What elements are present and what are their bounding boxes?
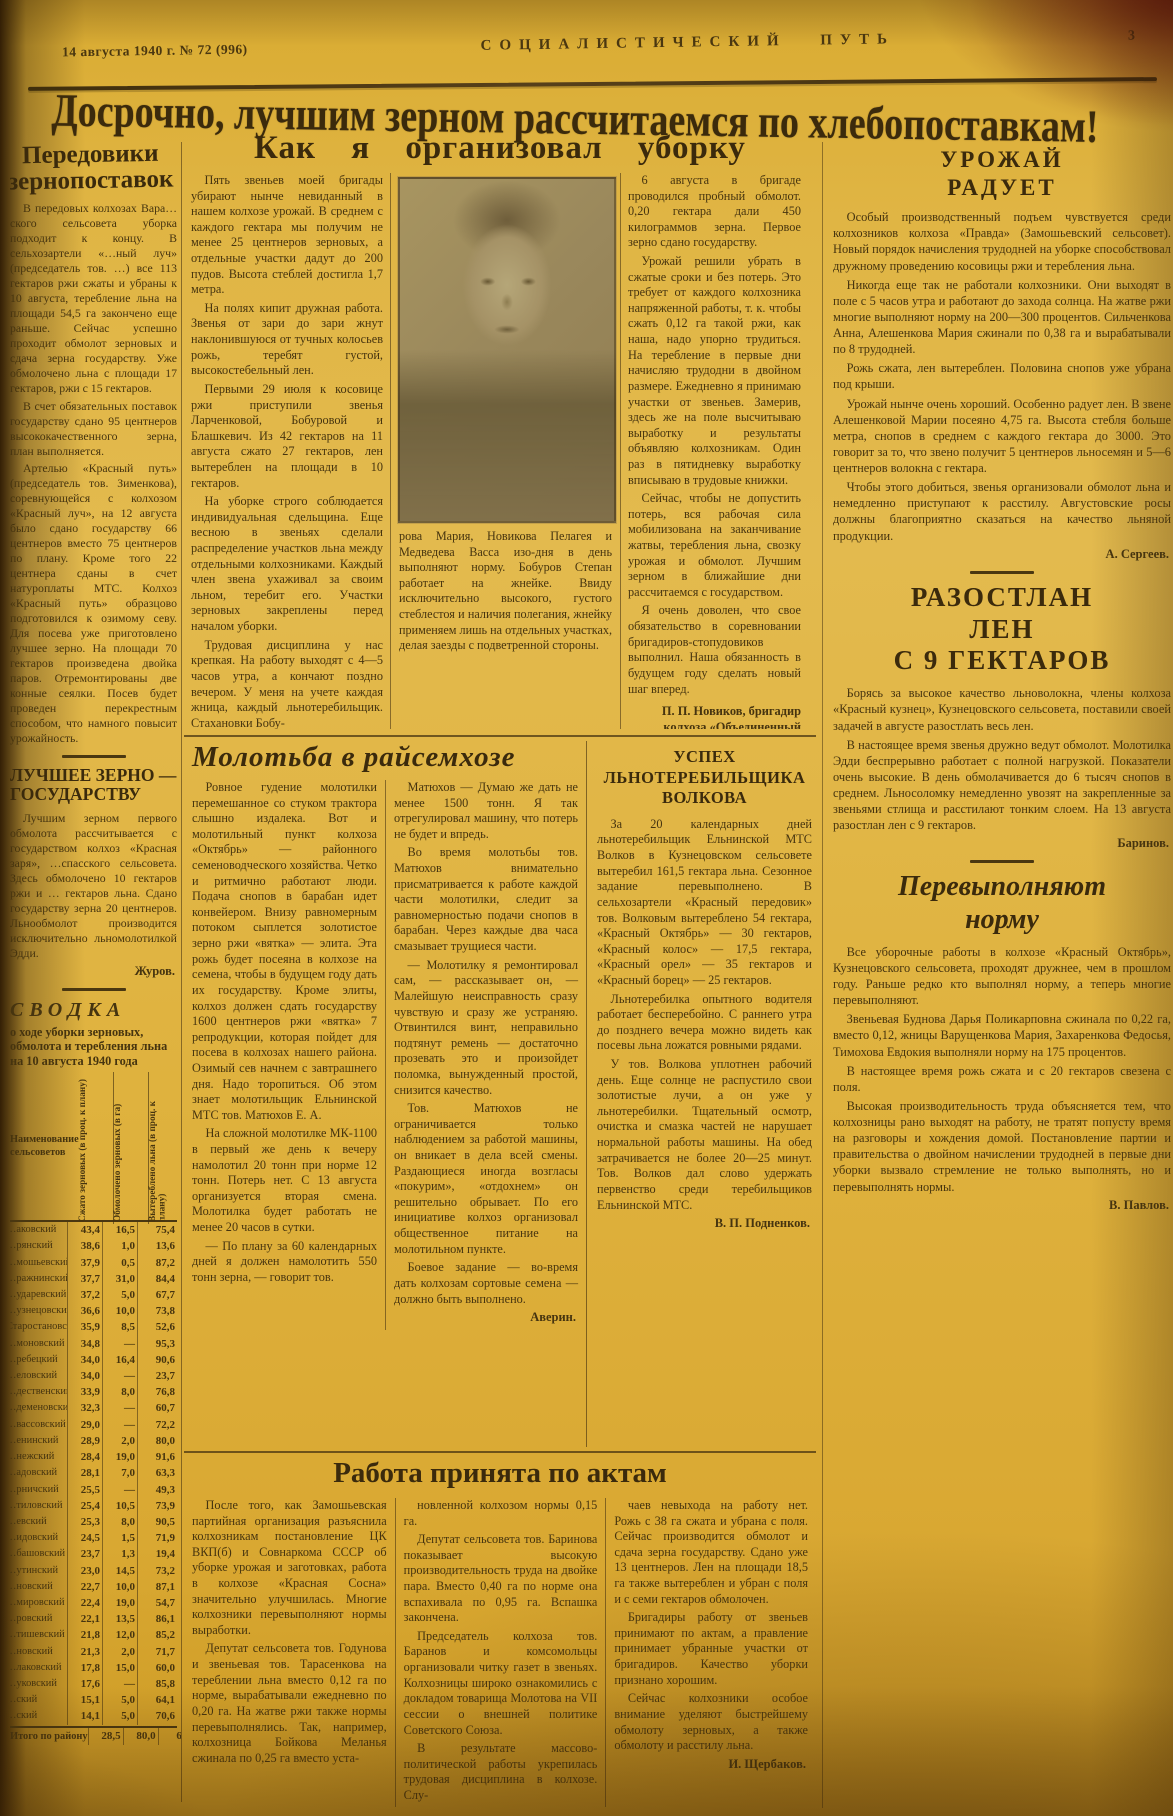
vyterebleno-value: 67,7 (137, 1287, 177, 1303)
uspekh-title-line2: ЛЬНОТЕРЕБИЛЬЩИКА (604, 768, 806, 787)
szhato-value: 34,0 (67, 1368, 102, 1384)
paragraph: Трудовая дисциплина у нас крепкая. На ра… (191, 638, 383, 729)
kak-ya-signature: П. П. Новиков, бригадир колхоза «Объедин… (628, 703, 801, 729)
vyterebleno-value: 91,6 (137, 1449, 177, 1465)
vyterebleno-value: 72,2 (137, 1417, 177, 1433)
luchshee-body: Лучшим зерном первого обмолота рассчитыв… (10, 811, 177, 961)
vyterebleno-value: 19,4 (137, 1546, 177, 1562)
table-row: …ребецкий 34,0 16,4 90,6 (10, 1352, 177, 1368)
selsoviet-name: …ский (10, 1692, 67, 1708)
szhato-value: 34,0 (67, 1352, 102, 1368)
table-row: …тиловский 25,4 10,5 73,9 (10, 1498, 177, 1514)
uspekh-title-line3: ВОЛКОВА (662, 788, 747, 807)
kak-ya-title: Как я организовал уборку (184, 130, 816, 167)
svodka-total-row: Итого по району 28,5 80,0 68,5 (10, 1726, 177, 1745)
obmolocheno-value: 7,0 (102, 1465, 137, 1481)
vyterebleno-value: 73,2 (137, 1563, 177, 1579)
paragraph: Бригадиры работу от звеньев принимают по… (614, 1610, 808, 1688)
obmolocheno-value: 14,5 (102, 1563, 137, 1579)
szhato-value: 21,3 (67, 1644, 102, 1660)
selsoviet-name: …новский (10, 1579, 67, 1595)
vyterebleno-value: 71,7 (137, 1644, 177, 1660)
razostlan-body: Борясь за высокое качество льноволокна, … (833, 685, 1171, 833)
selsoviet-name: …вассовский (10, 1417, 67, 1433)
szhato-value: 17,8 (67, 1660, 102, 1676)
razostlan-title-line2: ЛЕН (969, 614, 1034, 644)
uspekh-title-line1: УСПЕХ (673, 747, 735, 766)
perevypolnyayut-title-line2: норму (965, 904, 1039, 935)
vyterebleno-value: 90,6 (137, 1352, 177, 1368)
paragraph: Сейчас, чтобы не допустить потерь, вся р… (628, 491, 801, 600)
paragraph: — Молотилку я ремонтировал сам, — расска… (394, 958, 578, 1098)
selsoviet-name: …рничский (10, 1482, 67, 1498)
szhato-value: 22,1 (67, 1611, 102, 1627)
paragraph: Все уборочные работы в колхозе «Красный … (833, 944, 1171, 1009)
vyterebleno-value: 76,8 (137, 1384, 177, 1400)
selsoviet-name: …уковский (10, 1676, 67, 1692)
vyterebleno-value: 80,0 (137, 1433, 177, 1449)
obmolocheno-value: 19,0 (102, 1449, 137, 1465)
vyterebleno-value: 87,1 (137, 1579, 177, 1595)
perevypolnyayut-signature: В. Павлов. (833, 1198, 1169, 1213)
paragraph: В результате массово-политической работы… (404, 1741, 598, 1803)
obmolocheno-value: — (102, 1368, 137, 1384)
obmolocheno-value: 2,0 (102, 1433, 137, 1449)
szhato-value: 38,6 (67, 1238, 102, 1254)
svodka-table-rows: …аковский 43,4 16,5 75,4 …рянский 38,6 1… (10, 1222, 177, 1724)
perevypolnyayut-title-line1: Перевыполняют (898, 871, 1106, 902)
selsoviet-name: …идовский (10, 1530, 67, 1546)
total-obmolocheno: 80,0 (123, 1728, 158, 1745)
rabota-title: Работа принята по актам (184, 1457, 816, 1490)
article-urozhay-raduet: УРОЖАЙРАДУЕТ Особый производственный под… (833, 146, 1171, 562)
table-row: …аковский 43,4 16,5 75,4 (10, 1222, 177, 1238)
table-row: …уковский 17,6 — 85,8 (10, 1676, 177, 1692)
selsoviet-name: …узнецовский (10, 1303, 67, 1319)
svodka-subtitle-line2: обмолота и теребления льна (10, 1039, 167, 1053)
article-uspekh-volkova: УСПЕХЛЬНОТЕРЕБИЛЬЩИКАВОЛКОВА За 20 кален… (586, 741, 816, 1447)
selsoviet-name: …ровский (10, 1611, 67, 1627)
paragraph: чаев невыхода на работу нет. Рожь с 38 г… (614, 1498, 808, 1607)
obmolocheno-value: 5,0 (102, 1708, 137, 1724)
molotba-signature: Аверин. (394, 1310, 576, 1325)
szhato-value: 28,1 (67, 1465, 102, 1481)
vyterebleno-value: 87,2 (137, 1255, 177, 1271)
szhato-value: 22,7 (67, 1579, 102, 1595)
paragraph: Высокая производительность труда объясня… (833, 1098, 1171, 1195)
svodka-subtitle-line1: о ходе уборки зерновых, (10, 1025, 143, 1039)
obmolocheno-value: 1,3 (102, 1546, 137, 1562)
table-row: …деменовский 32,3 — 60,7 (10, 1400, 177, 1416)
szhato-value: 33,9 (67, 1384, 102, 1400)
vyterebleno-value: 63,3 (137, 1465, 177, 1481)
obmolocheno-value: — (102, 1336, 137, 1352)
uspekh-signature: В. П. Подненков. (597, 1216, 810, 1231)
obmolocheno-value: 5,0 (102, 1692, 137, 1708)
table-row: …вассовский 29,0 — 72,2 (10, 1417, 177, 1433)
paragraph: 6 августа в бригаде проводился пробный о… (628, 173, 801, 251)
obmolocheno-value: — (102, 1400, 137, 1416)
table-row: …ражнинский 37,7 31,0 84,4 (10, 1271, 177, 1287)
molotba-title: Молотьба в райсемхозе (184, 741, 586, 774)
svodka-table-header: Наименование сельсоветов Сжато зерновых … (10, 1072, 177, 1222)
peredoviki-body: В передовых колхозах Вара…ского сельсове… (10, 201, 177, 746)
paragraph: У тов. Волкова уплотнен рабочий день. Ещ… (597, 1057, 812, 1213)
perevypolnyayut-title: Перевыполняютнорму (833, 871, 1171, 935)
selsoviet-name: …аковский (10, 1222, 67, 1238)
table-row: …ский 14,1 5,0 70,6 (10, 1708, 177, 1724)
masthead: 14 августа 1940 г. № 72 (996) СОЦИАЛИСТИ… (62, 28, 1135, 62)
kak-ya-photo-column: рова Мария, Новикова Пелагея и Медведева… (390, 173, 620, 729)
paragraph: Рожь сжата, лен вытереблен. Половина сно… (833, 360, 1171, 392)
obmolocheno-value: 1,0 (102, 1238, 137, 1254)
paragraph: Сейчас колхозники особое внимание уделяю… (614, 1691, 808, 1753)
selsoviet-name: …ребецкий (10, 1352, 67, 1368)
razostlan-signature: Баринов. (833, 836, 1169, 851)
szhato-value: 37,2 (67, 1287, 102, 1303)
selsoviet-name: …ударевский (10, 1287, 67, 1303)
article-kak-ya-organizoval-uborku: Как я организовал уборку Пять звеньев мо… (184, 130, 816, 729)
svodka-report: СВОДКА о ходе уборки зерновых, обмолота … (10, 999, 177, 1745)
obmolocheno-value: 8,0 (102, 1514, 137, 1530)
obmolocheno-value: 10,0 (102, 1579, 137, 1595)
obmolocheno-value: 10,5 (102, 1498, 137, 1514)
vyterebleno-value: 70,6 (137, 1708, 177, 1724)
selsoviet-name: …утинский (10, 1563, 67, 1579)
article-molotba: Молотьба в райсемхозе Ровное гудение мол… (184, 741, 586, 1447)
paragraph: На сложной молотилке МК-1100 в первый же… (192, 1126, 377, 1235)
selsoviet-name: …тиловский (10, 1498, 67, 1514)
szhato-value: 24,5 (67, 1530, 102, 1546)
paragraph: Особый производственный подъем чувствует… (833, 209, 1171, 274)
szhato-value: 22,4 (67, 1595, 102, 1611)
urozhay-title-line2: РАДУЕТ (947, 175, 1056, 200)
uspekh-title: УСПЕХЛЬНОТЕРЕБИЛЬЩИКАВОЛКОВА (597, 747, 812, 809)
photo-caption: рова Мария, Новикова Пелагея и Медведева… (398, 529, 613, 654)
selsoviet-name: …рянский (10, 1238, 67, 1254)
paragraph: — По плану за 60 календарных дней я долж… (192, 1239, 377, 1286)
paragraph: На полях кипит дружная работа. Звенья от… (191, 301, 383, 379)
obmolocheno-value: 13,5 (102, 1611, 137, 1627)
kak-ya-col1: Пять звеньев моей бригады убирают нынче … (184, 173, 390, 729)
szhato-value: 21,8 (67, 1627, 102, 1643)
svodka-header-obmolocheno: Обмолочено зерновых (в га) (114, 1072, 149, 1224)
szhato-value: 35,9 (67, 1319, 102, 1335)
vyterebleno-value: 71,9 (137, 1530, 177, 1546)
perevypolnyayut-body: Все уборочные работы в колхозе «Красный … (833, 944, 1171, 1195)
paragraph: Льнотеребилка опытного водителя работает… (597, 992, 812, 1054)
szhato-value: 34,8 (67, 1336, 102, 1352)
selsoviet-name: …башовский (10, 1546, 67, 1562)
total-szhato: 28,5 (88, 1728, 123, 1745)
rabota-columns: После того, как Замошьевская партийная о… (184, 1498, 816, 1807)
selsoviet-name: …ражнинский (10, 1271, 67, 1287)
obmolocheno-value: 2,0 (102, 1644, 137, 1660)
urozhay-signature: А. Сергеев. (833, 547, 1169, 562)
molotba-col1: Ровное гудение молотилки перемешанное со… (184, 780, 385, 1330)
szhato-value: 29,0 (67, 1417, 102, 1433)
obmolocheno-value: 19,0 (102, 1595, 137, 1611)
section-rule (62, 755, 126, 758)
vyterebleno-value: 13,6 (137, 1238, 177, 1254)
obmolocheno-value: 16,5 (102, 1222, 137, 1238)
szhato-value: 25,5 (67, 1482, 102, 1498)
kak-ya-col2: 6 августа в бригаде проводился пробный о… (620, 173, 808, 729)
table-row: …еловский 34,0 — 23,7 (10, 1368, 177, 1384)
rabota-col2: новленной колхозом нормы 0,15 га.Депутат… (395, 1498, 606, 1807)
selsoviet-name: …лаковский (10, 1660, 67, 1676)
obmolocheno-value: — (102, 1482, 137, 1498)
vyterebleno-value: 85,2 (137, 1627, 177, 1643)
brigade-leader-portrait-photo (398, 177, 616, 523)
table-row: …идовский 24,5 1,5 71,9 (10, 1530, 177, 1546)
urozhay-title: УРОЖАЙРАДУЕТ (833, 146, 1171, 201)
obmolocheno-value: 8,5 (102, 1319, 137, 1335)
middle-row-2: Молотьба в райсемхозе Ровное гудение мол… (184, 735, 816, 1447)
table-row: …адовский 28,1 7,0 63,3 (10, 1465, 177, 1481)
szhato-value: 23,0 (67, 1563, 102, 1579)
selsoviet-name: …новский (10, 1644, 67, 1660)
selsoviet-name: …деменовский (10, 1400, 67, 1416)
paragraph: Лучшим зерном первого обмолота рассчитыв… (10, 811, 177, 961)
table-row: …евский 25,3 8,0 90,5 (10, 1514, 177, 1530)
vyterebleno-value: 60,7 (137, 1400, 177, 1416)
total-label: Итого по району (10, 1728, 88, 1745)
newspaper-title: СОЦИАЛИСТИЧЕСКИЙ ПУТЬ (480, 31, 895, 55)
razostlan-title: РАЗОСТЛАНЛЕНС 9 ГЕКТАРОВ (833, 582, 1171, 678)
rabota-signature: И. Щербаков. (614, 1757, 806, 1772)
obmolocheno-value: 10,0 (102, 1303, 137, 1319)
total-vyterebleno: 68,5 (158, 1728, 182, 1745)
table-row: Старостановский 35,9 8,5 52,6 (10, 1319, 177, 1335)
table-row: …рничский 25,5 — 49,3 (10, 1482, 177, 1498)
obmolocheno-value: 15,0 (102, 1660, 137, 1676)
obmolocheno-value: 1,5 (102, 1530, 137, 1546)
table-row: …новский 21,3 2,0 71,7 (10, 1644, 177, 1660)
szhato-value: 28,4 (67, 1449, 102, 1465)
section-rule (970, 860, 1034, 863)
vyterebleno-value: 23,7 (137, 1368, 177, 1384)
section-rule (62, 988, 126, 991)
table-row: …ский 15,1 5,0 64,1 (10, 1692, 177, 1708)
article-perevypolnyayut-normu: Перевыполняютнорму Все уборочные работы … (833, 871, 1171, 1212)
rabota-col1: После того, как Замошьевская партийная о… (184, 1498, 395, 1807)
obmolocheno-value: — (102, 1676, 137, 1692)
selsoviet-name: …мошьевский (10, 1255, 67, 1271)
table-row: …дественский 33,9 8,0 76,8 (10, 1384, 177, 1400)
signature-detail: колхоза «Объединенный труд», Гурьевского… (663, 720, 801, 729)
paragraph: Депутат сельсовета тов. Годунова и звень… (192, 1641, 387, 1766)
table-row: …рянский 38,6 1,0 13,6 (10, 1238, 177, 1254)
selsoviet-name: …евский (10, 1514, 67, 1530)
selsoviet-name: …мировский (10, 1595, 67, 1611)
paragraph: В передовых колхозах Вара…ского сельсове… (10, 201, 177, 396)
table-row: …лаковский 17,8 15,0 60,0 (10, 1660, 177, 1676)
szhato-value: 36,6 (67, 1303, 102, 1319)
szhato-value: 32,3 (67, 1400, 102, 1416)
paragraph: Звеньевая Буднова Дарья Поликарповна сжи… (833, 1011, 1171, 1059)
selsoviet-name: …адовский (10, 1465, 67, 1481)
middle-column: Как я организовал уборку Пять звеньев мо… (184, 130, 816, 1808)
svodka-subtitle: о ходе уборки зерновых, обмолота и тереб… (10, 1025, 177, 1069)
paragraph: Тов. Матюхов не ограничивается только на… (394, 1101, 578, 1257)
table-row: …моновский 34,8 — 95,3 (10, 1336, 177, 1352)
selsoviet-name: …тишевский (10, 1627, 67, 1643)
vyterebleno-value: 54,7 (137, 1595, 177, 1611)
molotba-col2-body: Матюхов — Думаю же дать не менее 1500 то… (394, 780, 578, 1307)
obmolocheno-value: 12,0 (102, 1627, 137, 1643)
table-row: …нежский 28,4 19,0 91,6 (10, 1449, 177, 1465)
table-row: …ударевский 37,2 5,0 67,7 (10, 1287, 177, 1303)
vyterebleno-value: 64,1 (137, 1692, 177, 1708)
vyterebleno-value: 90,5 (137, 1514, 177, 1530)
paragraph: Никогда еще так не работали колхозники. … (833, 277, 1171, 358)
szhato-value: 17,6 (67, 1676, 102, 1692)
paragraph: новленной колхозом нормы 0,15 га. (404, 1498, 598, 1529)
vyterebleno-value: 75,4 (137, 1222, 177, 1238)
paragraph: Первыми 29 июля к косовице ржи приступил… (191, 382, 383, 491)
urozhay-body: Особый производственный подъем чувствует… (833, 209, 1171, 544)
issue-date: 14 августа 1940 г. № 72 (996) (62, 42, 248, 61)
obmolocheno-value: 0,5 (102, 1255, 137, 1271)
urozhay-title-line1: УРОЖАЙ (940, 147, 1063, 172)
svodka-title: СВОДКА (10, 999, 177, 1022)
szhato-value: 37,7 (67, 1271, 102, 1287)
vyterebleno-value: 52,6 (137, 1319, 177, 1335)
selsoviet-name: …моновский (10, 1336, 67, 1352)
left-column: Передовикизернопоставок В передовых колх… (10, 142, 182, 1802)
rabota-col3-body: чаев невыхода на работу нет. Рожь с 38 г… (614, 1498, 808, 1754)
paragraph: Артелью «Красный путь» (председатель тов… (10, 461, 177, 745)
paragraph: Председатель колхоза тов. Баранов и комс… (404, 1629, 598, 1738)
table-row: …енинский 28,9 2,0 80,0 (10, 1433, 177, 1449)
paragraph: Борясь за высокое качество льноволокна, … (833, 685, 1171, 733)
svodka-header-vyterebleno: Вытереблено льна (в проц. к плану) (149, 1072, 182, 1224)
szhato-value: 23,7 (67, 1546, 102, 1562)
vyterebleno-value: 49,3 (137, 1482, 177, 1498)
paragraph: Во время молотьбы тов. Матюхов вниматель… (394, 845, 578, 954)
szhato-value: 28,9 (67, 1433, 102, 1449)
article-razostlan-len: РАЗОСТЛАНЛЕНС 9 ГЕКТАРОВ Борясь за высок… (833, 582, 1171, 852)
table-row: …ровский 22,1 13,5 86,1 (10, 1611, 177, 1627)
table-row: …новский 22,7 10,0 87,1 (10, 1579, 177, 1595)
szhato-value: 37,9 (67, 1255, 102, 1271)
obmolocheno-value: 8,0 (102, 1384, 137, 1400)
paragraph: Пять звеньев моей бригады убирают нынче … (191, 173, 383, 298)
peredoviki-title: Передовикизернопоставок (10, 142, 177, 195)
szhato-value: 14,1 (67, 1708, 102, 1724)
obmolocheno-value: — (102, 1417, 137, 1433)
peredoviki-title-line2: зернопоставок (10, 165, 174, 195)
molotba-columns: Ровное гудение молотилки перемешанное со… (184, 780, 586, 1330)
paragraph: На уборке строго соблюдается индивидуаль… (191, 494, 383, 634)
table-row: …мошьевский 37,9 0,5 87,2 (10, 1255, 177, 1271)
table-row: …мировский 22,4 19,0 54,7 (10, 1595, 177, 1611)
vyterebleno-value: 73,8 (137, 1303, 177, 1319)
obmolocheno-value: 16,4 (102, 1352, 137, 1368)
uspekh-body: За 20 календарных дней льнотеребильщик Е… (597, 817, 812, 1213)
paragraph: Я очень доволен, что свое обязательство … (628, 603, 801, 697)
razostlan-title-line1: РАЗОСТЛАН (911, 582, 1093, 612)
paragraph: В настоящее время рожь сжата и с 20 гект… (833, 1063, 1171, 1095)
paragraph: Ровное гудение молотилки перемешанное со… (192, 780, 377, 1123)
kak-ya-columns: Пять звеньев моей бригады убирают нынче … (184, 173, 816, 729)
vyterebleno-value: 60,0 (137, 1660, 177, 1676)
paragraph: Боевое задание — во-время дать колхозам … (394, 1260, 578, 1307)
selsoviet-name: Старостановский (10, 1319, 67, 1335)
szhato-value: 15,1 (67, 1692, 102, 1708)
paragraph: Депутат сельсовета тов. Баринова показыв… (404, 1532, 598, 1626)
right-column: УРОЖАЙРАДУЕТ Особый производственный под… (822, 142, 1171, 1808)
vyterebleno-value: 86,1 (137, 1611, 177, 1627)
obmolocheno-value: 31,0 (102, 1271, 137, 1287)
table-row: …тишевский 21,8 12,0 85,2 (10, 1627, 177, 1643)
svodka-subtitle-line3: на 10 августа 1940 года (10, 1054, 138, 1068)
luchshee-title: ЛУЧШЕЕ ЗЕРНО — ГОСУДАРСТВУ (10, 766, 177, 805)
table-row: …утинский 23,0 14,5 73,2 (10, 1563, 177, 1579)
page-number: 3 (1128, 29, 1135, 45)
section-rule (970, 571, 1034, 574)
vyterebleno-value: 73,9 (137, 1498, 177, 1514)
paragraph: Матюхов — Думаю же дать не менее 1500 то… (394, 780, 578, 842)
vyterebleno-value: 84,4 (137, 1271, 177, 1287)
selsoviet-name: …ский (10, 1708, 67, 1724)
paragraph: После того, как Замошьевская партийная о… (192, 1498, 387, 1638)
szhato-value: 25,4 (67, 1498, 102, 1514)
kak-ya-col2-body: 6 августа в бригаде проводился пробный о… (628, 173, 801, 697)
paragraph: За 20 календарных дней льнотеребильщик Е… (597, 817, 812, 989)
paragraph: Урожай нынче очень хороший. Особенно рад… (833, 396, 1171, 477)
luchshee-signature: Журов. (10, 964, 175, 979)
svodka-header-szhato: Сжато зерновых (в проц. к плану) (79, 1072, 114, 1224)
selsoviet-name: …енинский (10, 1433, 67, 1449)
paragraph: Урожай решили убрать в сжатые сроки и бе… (628, 254, 801, 488)
szhato-value: 43,4 (67, 1222, 102, 1238)
svodka-header-name: Наименование сельсоветов (10, 1133, 79, 1160)
selsoviet-name: …еловский (10, 1368, 67, 1384)
szhato-value: 25,3 (67, 1514, 102, 1530)
newspaper-page: 14 августа 1940 г. № 72 (996) СОЦИАЛИСТИ… (0, 0, 1173, 1816)
rabota-col3: чаев невыхода на работу нет. Рожь с 38 г… (605, 1498, 816, 1807)
selsoviet-name: …нежский (10, 1449, 67, 1465)
paragraph: В настоящее время звенья дружно ведут об… (833, 737, 1171, 834)
razostlan-title-line3: С 9 ГЕКТАРОВ (894, 645, 1111, 675)
vyterebleno-value: 95,3 (137, 1336, 177, 1352)
article-rabota-prinyata: Работа принята по актам После того, как … (184, 1451, 816, 1807)
obmolocheno-value: 5,0 (102, 1287, 137, 1303)
table-row: …башовский 23,7 1,3 19,4 (10, 1546, 177, 1562)
paragraph: Чтобы этого добиться, звенья организовал… (833, 479, 1171, 544)
table-row: …узнецовский 36,6 10,0 73,8 (10, 1303, 177, 1319)
vyterebleno-value: 85,8 (137, 1676, 177, 1692)
molotba-col2: Матюхов — Думаю же дать не менее 1500 то… (385, 780, 586, 1330)
paragraph: В счет обязательных поставок государству… (10, 399, 177, 459)
selsoviet-name: …дественский (10, 1384, 67, 1400)
signature-name: П. П. Новиков, бригадир (662, 704, 801, 718)
